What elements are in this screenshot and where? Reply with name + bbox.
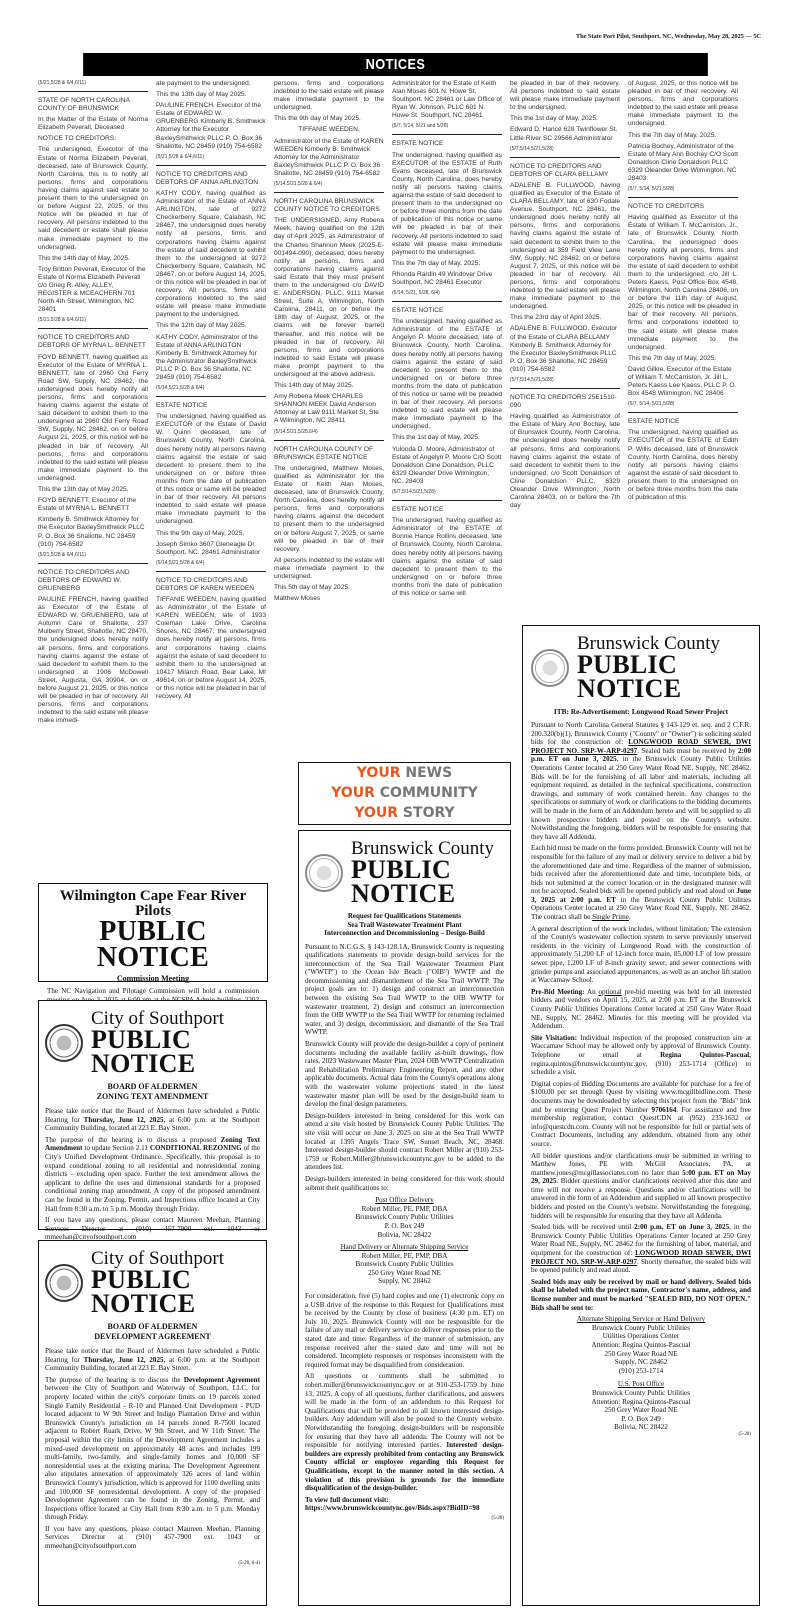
notice-paragraph: TIFFANIE WEEDEN, having qualified as Adm… — [156, 596, 266, 701]
notice-ref: (5-28, 6-4) — [45, 1561, 260, 1566]
column-1: (5/21,5/28 & 6/4,6/11)STATE OF NORTH CAR… — [38, 80, 148, 840]
notice-paragraph: be pleaded in bar of their recovery. All… — [510, 80, 620, 112]
notice-heading: NOTICE TO CREDITORS: — [38, 135, 148, 143]
notice-paragraph: This 5th day of May 2025. — [274, 584, 384, 592]
notice-ref: (5-28) — [305, 1516, 504, 1521]
paragraph-2: The purpose of the hearing is to discuss… — [45, 1376, 260, 1522]
southport-development-notice: City of Southport PUBLIC NOTICE BOARD OF… — [38, 1240, 267, 1606]
itb-heading: ITB: Re-Advertisement: Longwood Road Sew… — [531, 707, 751, 717]
publication-dates: (5/7,5/14,5/21,5/28) — [510, 146, 620, 152]
notice-heading: NOTICE TO CREDITORS AND DEBTORS OF EDWAR… — [38, 569, 148, 593]
paragraph-6: All questions or comments shall be submi… — [305, 1372, 504, 1492]
notice-signature: FOYD BENNETT, Executor of the Estate of … — [38, 497, 148, 513]
promo-line-1: YOUR NEWS — [299, 763, 510, 783]
heading-topic: ZONING TEXT AMENDMENT — [45, 1092, 260, 1102]
notice-title: PUBLIC NOTICE — [47, 919, 259, 971]
divider — [628, 197, 738, 198]
notice-paragraph: This the 7th day of May, 2025. — [392, 260, 502, 268]
notice-signature: Matthew Moses — [274, 595, 384, 603]
notice-signature: PAULINE FRENCH, Executor of the Estate o… — [156, 102, 266, 151]
column-4: Administrator for the Estate of Keith Al… — [392, 80, 502, 760]
publication-dates: (5/7, 5/14, 5/21,5/28) — [628, 186, 738, 192]
brunswick-rfq-notice: Brunswick County PUBLIC NOTICE Request f… — [298, 830, 511, 1606]
publication-dates: (5/21,5/28 & 6/4,6/11) — [38, 80, 148, 86]
publication-dates: (5/14,5/21,5/28 & 6/4) — [156, 385, 266, 391]
notice-paragraph: This the 1st day of May, 2025. — [392, 434, 502, 442]
publication-dates: (5/14,5/21,5/28 & 6/4) — [274, 181, 384, 187]
document-link[interactable]: https://www.brunswickcountync.gov/Bids.a… — [305, 1504, 504, 1513]
county-seal-icon — [531, 649, 569, 687]
notice-title: PUBLIC NOTICE — [351, 858, 504, 906]
notice-signature: KATHY CODY, Administrator of the Estate … — [156, 334, 266, 383]
notice-heading: ESTATE NOTICE — [392, 506, 502, 514]
notice-signature: TIFFANIE WEEDEN, — [274, 126, 384, 134]
heading-board: BOARD OF ALDERMEN — [45, 1322, 260, 1332]
notice-paragraph: This 14th day of May 2025. — [274, 382, 384, 390]
publication-dates: (5/7, 5/14, 5/21 and 5/28) — [392, 123, 502, 129]
notice-paragraph: This the 9th day of May, 2025. — [156, 530, 266, 538]
divider — [274, 440, 384, 441]
notice-paragraph: The undersigned, having qualified as EXE… — [156, 413, 266, 526]
divider — [38, 563, 148, 564]
notice-paragraph: This the 12th day of May 2025. — [156, 322, 266, 330]
rfq-heading-2: Sea Trail Wastewater Treatment Plant — [305, 921, 504, 930]
notice-paragraph: Having qualified as Executor of the Esta… — [628, 214, 738, 352]
address-post-office: U.S. Post Office Brunswick County Public… — [531, 1380, 751, 1432]
section-banner: NOTICES — [83, 53, 708, 76]
divider — [38, 328, 148, 329]
notice-heading: NORTH CAROLINA COUNTY OF BRUNSWICK ESTAT… — [274, 446, 384, 462]
notice-heading: ESTATE NOTICE — [156, 402, 266, 410]
address-hand-delivery: Hand Delivery or Alternate Shipping Serv… — [305, 1243, 504, 1286]
notice-paragraph: Having qualified as Administrator of the… — [510, 413, 620, 510]
notice-signature: ADALENE B. FULLWOOD, Executor of the Est… — [510, 325, 620, 374]
notice-paragraph: This the 7th day of May, 2025. — [628, 355, 738, 363]
notice-signature: Kimberly B. Smithwick Attorney for the E… — [38, 516, 148, 548]
notice-paragraph: ADALENE B. FULLWOOD, having qualified as… — [510, 182, 620, 312]
view-label: To view full document visit: — [305, 1496, 504, 1505]
notice-paragraph: The undersigned, Matthew Moses, qualifie… — [274, 465, 384, 554]
notice-paragraph: The undersigned, having qualified as Adm… — [392, 318, 502, 431]
notice-paragraph: This the 13th day of May 2025. — [38, 486, 148, 494]
paragraph-1: Please take notice that the Board of Ald… — [45, 1107, 260, 1133]
notice-paragraph: In the Matter of the Estate of Norma Eli… — [38, 116, 148, 132]
divider — [156, 571, 266, 572]
paragraph-1: Pursuant to North Carolina General Statu… — [531, 721, 751, 841]
notice-paragraph: PAULINE FRENCH, having qualified as Exec… — [38, 596, 148, 726]
paragraph-questions: All bidder questions and/or clarificatio… — [531, 1152, 751, 1221]
notice-heading: STATE OF NORTH CAROLINA COUNTY OF BRUNSW… — [38, 97, 148, 113]
paragraph-prebid: Pre-Bid Meeting: An optional pre-bid mee… — [531, 988, 751, 1031]
notice-heading: NOTICE TO CREDITORS — [628, 203, 738, 211]
divider — [38, 91, 148, 92]
notice-signature: Yulonda D. Moore, Administrator of Estat… — [392, 446, 502, 486]
publication-dates: (5/7, 5/14, 5/21,5/28) — [628, 401, 738, 407]
masthead: The State Port Pilot, Southport, NC, Wed… — [576, 33, 761, 40]
rfq-heading-3: Interconnection and Decommissioning – De… — [305, 929, 504, 938]
paragraph-2: Each bid must be made on the forms provi… — [531, 844, 751, 921]
paragraph-delivery: Sealed bids may only be received by mail… — [531, 1278, 751, 1312]
column-5: be pleaded in bar of their recovery. All… — [510, 80, 620, 540]
notice-paragraph: This the 9th day of May 2025. — [274, 115, 384, 123]
divider — [392, 301, 502, 302]
promo-line-2: YOUR COMMUNITY — [299, 783, 510, 803]
paragraph-digital-copies: Digital copies of Bidding Documents are … — [531, 1080, 751, 1149]
publication-dates: (5/7,5/14,5/21,5/28) — [510, 377, 620, 383]
publication-dates: (5/14,5/21,5/28 & 6/4) — [156, 560, 266, 566]
notice-paragraph: The undersigned, Executor of the Estate … — [38, 146, 148, 251]
divider — [274, 192, 384, 193]
notice-subtitle: Commission Meeting — [47, 974, 259, 984]
southport-zoning-notice: City of Southport PUBLIC NOTICE BOARD OF… — [38, 1000, 267, 1230]
notice-title: PUBLIC NOTICE — [91, 1028, 260, 1076]
paragraph-1: Please take notice that the Board of Ald… — [45, 1347, 260, 1373]
county-seal-icon — [305, 854, 343, 892]
promo-your-news: YOUR NEWS YOUR COMMUNITY YOUR STORY — [298, 762, 511, 825]
column-3: persons, firms and corporations indebted… — [274, 80, 384, 760]
notice-paragraph: THE UNDERSIGNED, Amy Robena Meek, having… — [274, 217, 384, 379]
notice-paragraph: All persons indebted to the estate will … — [274, 557, 384, 581]
notice-paragraph: This the 7th day of May, 2025. — [628, 132, 738, 140]
publication-dates: (5/21,5/28 & 6/4,6/11) — [156, 154, 266, 160]
notice-signature: Administrator for the Estate of Keith Al… — [392, 80, 502, 120]
paragraph-sealed-bids: Sealed bids will be received until 2:00 … — [531, 1223, 751, 1275]
heading-board: BOARD OF ALDERMEN — [45, 1082, 260, 1092]
divider — [510, 388, 620, 389]
notice-signature: Patricia Bochey, Administrator of the Es… — [628, 143, 738, 183]
notice-signature: David Gilkie, Executor of the Estate of … — [628, 366, 738, 398]
notice-heading: ESTATE NOTICE — [628, 418, 738, 426]
paragraph-4: Design-builders interested in being cons… — [305, 1175, 504, 1192]
notice-paragraph: This the 14th day of May, 2025. — [38, 255, 148, 263]
notice-title: PUBLIC NOTICE — [577, 653, 751, 701]
divider — [392, 134, 502, 135]
paragraph-3: A general description of the work includ… — [531, 925, 751, 985]
divider — [156, 396, 266, 397]
publication-dates: (5/14, 5/21, 5/28, 6/4) — [392, 290, 502, 296]
divider — [628, 412, 738, 413]
notice-paragraph: persons, firms and corporations indebted… — [274, 80, 384, 112]
divider — [392, 500, 502, 501]
paragraph-3: If you have any questions, please contac… — [45, 1525, 260, 1551]
notice-signature: Amy Robena Meek CHARLES SHANNON MEEK Dav… — [274, 393, 384, 425]
notice-heading: NOTICE TO CREDITORS AND DEBTORS OF CLARA… — [510, 163, 620, 179]
notice-title: PUBLIC NOTICE — [91, 1268, 260, 1316]
divider — [510, 157, 620, 158]
notice-signature: Administrator of the Estate of KAREN WEE… — [274, 138, 384, 178]
notice-heading: NOTICE TO CREDITORS AND DEBTORS OF ANNA … — [156, 171, 266, 187]
address-post-office: Post Office Delivery Robert Miller, PE, … — [305, 1196, 504, 1239]
paragraph-1: Pursuant to N.C.G.S. § 143-128.1A, Bruns… — [305, 943, 504, 1038]
pilots-public-notice: Wilmington Cape Fear River Pilots PUBLIC… — [38, 883, 268, 982]
notice-org: Wilmington Cape Fear River Pilots — [47, 889, 259, 919]
notice-signature: Joseph Simko 3607 Gleneagle Dr. Southpor… — [156, 541, 266, 557]
address-hand-delivery: Alternate Shipping Service or Hand Deliv… — [531, 1315, 751, 1375]
notice-ref: (5-28) — [531, 1432, 751, 1437]
notice-paragraph: This the 13th day of May 2025. — [156, 91, 266, 99]
column-2: ate payment to the undersigned.This the … — [156, 80, 266, 840]
notice-paragraph: KATHY CODY, having qualified as Administ… — [156, 190, 266, 320]
city-seal-icon — [45, 1264, 83, 1302]
notice-signature: Rhonda Rardin 49 Windover Drive Southpor… — [392, 271, 502, 287]
publication-dates: (5/7,5/14,5/21,5/28) — [392, 489, 502, 495]
notice-signature: Edward D. Hance 628 Twinflower St. Littl… — [510, 126, 620, 142]
heading-topic: DEVELOPMENT AGREEMENT — [45, 1332, 260, 1342]
notice-heading: NOTICE TO CREDITORS AND DEBTORS OF KAREN… — [156, 577, 266, 593]
notice-heading: ESTATE NOTICE — [392, 307, 502, 315]
notice-heading: NORTH CAROLINA BRUNSWICK COUNTY NOTICE T… — [274, 198, 384, 214]
publication-dates: (5/21,5/28 & 6/4,6/11) — [38, 317, 148, 323]
notice-heading: ESTATE NOTICE — [392, 140, 502, 148]
city-seal-icon — [45, 1024, 83, 1062]
notice-paragraph: The undersigned, having qualified as Adm… — [392, 517, 502, 598]
notice-heading: NOTICE TO CREDITORS 25E1510-090 — [510, 394, 620, 410]
notice-paragraph: This the 1st day of May, 2025. — [510, 115, 620, 123]
notice-signature: ate payment to the undersigned. — [156, 80, 266, 88]
promo-line-3: YOUR STORY — [299, 803, 510, 823]
paragraph-2: Brunswick County will provide the design… — [305, 1040, 504, 1109]
paragraph-site-visit: Site Visitation: Individual inspection o… — [531, 1034, 751, 1077]
publication-dates: (5/21,5/28 & 6/4,6/11) — [38, 552, 148, 558]
paragraph-5: For consideration, five (5) hard copies … — [305, 1292, 504, 1369]
paragraph-3: If you have any questions, please contac… — [45, 1216, 260, 1242]
brunswick-itb-notice: Brunswick County PUBLIC NOTICE ITB: Re-A… — [522, 625, 760, 1606]
notice-paragraph: FOYD BENNETT, having qualified as Execut… — [38, 354, 148, 484]
paragraph-3: Design-builders interested in being cons… — [305, 1112, 504, 1172]
rfq-heading-1: Request for Qualifications Statements — [305, 912, 504, 921]
notice-paragraph: The undersigned, having qualified as EXE… — [628, 429, 738, 502]
notice-paragraph: The undersigned, having qualified as EXE… — [392, 152, 502, 257]
paragraph-2: The purpose of the hearing is to discuss… — [45, 1136, 260, 1213]
notice-paragraph: of August, 2025, or this notice will be … — [628, 80, 738, 129]
notice-paragraph: This the 23rd day of April 2025. — [510, 314, 620, 322]
publication-dates: (5/14,5/21,5/28,6/4) — [274, 429, 384, 435]
divider — [156, 165, 266, 166]
notice-heading: NOTICE TO CREDITORS AND DEBTORS OF MYRNA… — [38, 334, 148, 350]
column-6: of August, 2025, or this notice will be … — [628, 80, 738, 540]
notice-signature: Troy Britton Peverall, Executor of the E… — [38, 266, 148, 315]
